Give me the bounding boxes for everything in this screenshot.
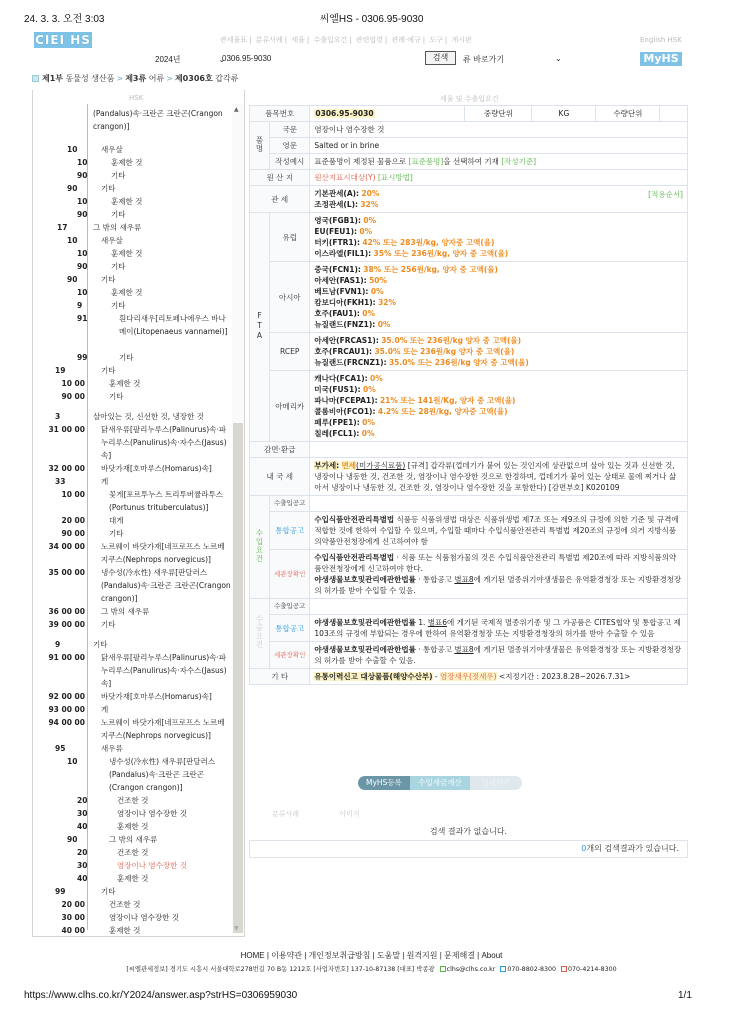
tree-row-code: 9 (55, 639, 60, 652)
tree-row-code: 92 00 00 (48, 691, 85, 704)
fta-rate-item: 페루(FPE1): 0% (314, 417, 683, 428)
fta-region-rcep: RCEP (270, 333, 310, 371)
tree-scrollbar[interactable]: ▲ ▼ (232, 104, 244, 930)
fta-rate-item: 칠레(FCL1): 0% (314, 428, 683, 439)
tree-row-code: 39 00 00 (48, 619, 85, 632)
qty-label: 수량단위 (596, 106, 660, 122)
tree-row-code: 10 00 (62, 378, 86, 391)
fta-rate-item: 중국(FCN1): 38% 또는 256원/kg, 양자 중 고액(율) (314, 264, 683, 275)
detail-table: 품목번호 0306.95-9030 중량단위 KG 수량단위 품명 국문 염장이… (249, 105, 688, 685)
nav-rulings[interactable]: 관례·예규 (392, 36, 421, 44)
tree-row-code: 33 (55, 476, 65, 489)
etc-value: 유통이력신고 대상물품(해양수산부) - 염장새우(젓새우) <지정기간 : 2… (310, 669, 688, 685)
tree-row-label: 기타 (93, 274, 231, 287)
fta-rate-item: 호주(FAU1): 0% (314, 308, 683, 319)
tree-row-label: 기타 (93, 183, 231, 196)
fta-rate-item: 뉴질랜드(FNZ1): 0% (314, 319, 683, 330)
tree-row-label: 훈제한 것 (93, 925, 231, 937)
grid-icon (32, 75, 39, 82)
fta-rate-item: 이스라엘(FIL1): 35% 또는 236원/kg, 양자 중 고액(율) (314, 248, 683, 259)
fax-icon (561, 966, 567, 972)
chapter-jump-value: 류 바로가기 (463, 55, 504, 64)
hs-code-input[interactable]: 0306.95-9030 (222, 54, 271, 63)
import-integrated-label: 통합공고 (270, 512, 310, 550)
tree-row-code: 90 (77, 261, 87, 274)
tree-row-code: 10 00 (62, 489, 86, 502)
tree-row-label: 훈제한 것 (93, 196, 231, 209)
fta-rate-item: 아세안(FRCAS1): 35.0% 또는 236원/kg 양자 중 고액(율) (314, 335, 683, 346)
tree-row-code: 31 00 00 (48, 424, 85, 437)
fta-rate-item: 터키(FTR1): 42% 또는 283원/kg, 양자중 고액(율) (314, 237, 683, 248)
weight-value: KG (532, 106, 596, 122)
tree-row-label: 새우살 (93, 144, 231, 157)
tree-row-code: 40 (77, 873, 87, 886)
import-notice-label: 수출입공고 (270, 496, 310, 512)
hs-row: 품목번호 0306.95-9030 중량단위 KG 수량단위 (250, 106, 688, 122)
tree-row-label: 새우살 (93, 235, 231, 248)
fta-label: FTA (250, 213, 270, 442)
tree-row-label: 그 밖의 새우류 (93, 834, 231, 847)
tree-row-code: 10 (77, 157, 87, 170)
export-notice-value (310, 599, 688, 615)
tree-row-label: 염장이나 염수장한 것 (93, 912, 231, 925)
tree-row-label: 기타 (93, 528, 231, 541)
tree-row-code: 93 00 00 (48, 704, 85, 717)
standard-name-link[interactable]: [표준품명] (409, 157, 444, 166)
search-button[interactable]: 검색 (425, 51, 456, 65)
breadcrumb-heading-name[interactable]: 갑각류 (215, 74, 238, 83)
tree-row-label: 염장이나 염수장한 것 (93, 808, 231, 821)
tree-row-code: 20 00 (62, 899, 86, 912)
tree-row-label: 훈제한 것 (93, 821, 231, 834)
tree-row-label: 그 밖의 새우류 (93, 606, 231, 619)
tree-row-code: 36 00 00 (48, 606, 85, 619)
tree-row-label: 꽃게[포르투누스 트리투버큘라투스(Portunus trituberculat… (93, 489, 231, 515)
hs-value: 0306.95-9030 (314, 109, 374, 118)
tree-row-label: 기타 (93, 391, 231, 404)
lower-tabs: 분류사례 이미지 (272, 809, 398, 819)
breadcrumb-heading[interactable]: 제0306호 (175, 74, 213, 83)
tree-row-label: 훈제한 것 (93, 287, 231, 300)
tree-row-label: 새우류 (93, 743, 231, 756)
tree-row-code: 34 00 00 (48, 541, 85, 554)
tree-row-label: 건조한 것 (93, 847, 231, 860)
fta-rate-item: 파나마(FCEPA1): 21% 또는 141원/Kg, 양자 중 고액(율) (314, 395, 683, 406)
tree-row-code: 90 (77, 170, 87, 183)
footer-tel: 070-8802-8300 (507, 966, 556, 973)
fta-rate-item: 호주(FRCAU1): 35.0% 또는 236원/kg 양자 중 고액(율) (314, 346, 683, 357)
tree-row-label: 기타 (93, 170, 231, 183)
tree-row-label: 노르웨이 바닷가재[네프로프스 노르베지쿠스(Nephrops norvegic… (93, 541, 231, 567)
example-value: 표준품명이 제정된 물품으로 [표준품명]을 선택하여 기재 [작성기준] (310, 154, 688, 170)
qty-value (660, 106, 688, 122)
detail-title: 세율 및 수출입요건 (440, 94, 499, 104)
tree-row-code: 10 (67, 144, 77, 157)
nav-tools[interactable]: 도구 (429, 36, 443, 44)
kor-value: 염장이나 염수장한 것 (310, 122, 688, 138)
tree-row-label: 염장이나 염수장한 것 (93, 860, 231, 873)
writing-guide-link[interactable]: [작성기준] (501, 157, 536, 166)
tree-row-code: 20 00 (62, 515, 86, 528)
footer-address: [씨엘관세정보] 경기도 시흥시 서울대학로278번길 70 B동 1212호 … (0, 964, 743, 973)
tree-row-code: 17 (57, 222, 67, 235)
tree-row-label: 닭새우류[팔리누루스(Palinurus)속·파누리루스(Panulirus)속… (93, 424, 231, 463)
tree-row-code: 19 (55, 365, 65, 378)
tree-row-code: 95 (55, 743, 65, 756)
breadcrumb: 제1부 동물성 생산품>제3류 어류>제0306호 갑각류 (32, 73, 238, 84)
eng-value: Salted or in brine (310, 138, 688, 154)
fta-rate-item: 영국(FGB1): 0% (314, 215, 683, 226)
fta-rates-asia: 중국(FCN1): 38% 또는 256원/kg, 양자 중 고액(율)아세안(… (310, 262, 688, 333)
import-customs-value: 수입식품안전관리특별법 · 식품 또는 식품첨가물의 것은 수입식품안전관리 특… (310, 550, 688, 599)
tree-row-code: 20 (77, 847, 87, 860)
result-count-box: 0개의 검색결과가 있습니다. (249, 840, 688, 858)
tree-row-label: 기타 (93, 352, 231, 365)
tree-row-code: 40 (77, 821, 87, 834)
export-integrated-label: 통합공고 (270, 615, 310, 642)
nav-board[interactable]: 게시판 (452, 36, 472, 44)
fta-region-asia: 아시아 (270, 262, 310, 333)
tree-row-code: 99 (77, 352, 87, 365)
fta-rate-item: 아세안(FAS1): 50% (314, 275, 683, 286)
origin-label: 원 산 지 (250, 170, 310, 186)
hs-label: 품목번호 (250, 106, 310, 122)
action-buttons: MyHS등록 수입세금계산 인쇄하기 (358, 776, 522, 790)
etc-label: 기 타 (250, 669, 310, 685)
tree-row-label: 기타 (93, 261, 231, 274)
myhs-register-button[interactable]: MyHS등록 (358, 776, 410, 790)
tree-row-label: 흰다리새우[리토페나에우스 바나메이(Litopenaeus vannamei)… (93, 313, 231, 339)
tree-row-code: 40 00 (62, 925, 86, 937)
tree-row-label: 기타 (93, 886, 231, 899)
no-result-message: 검색 결과가 없습니다. (249, 826, 688, 837)
fta-rate-item: 뉴질랜드(FRCNZ1): 35.0% 또는 236원/kg 양자 중 고액(율… (314, 357, 683, 368)
tree-row-label: 그 밖의 새우류 (93, 222, 231, 235)
year-select-value: 2024년 (155, 55, 181, 64)
english-hsk-link[interactable]: English HSK (640, 36, 682, 44)
tariff-value: 기본관세(A): 20% 조정관세(L): 32% [적용순서] (310, 186, 688, 213)
fta-rates-europe: 영국(FGB1): 0%EU(FEU1): 0%터키(FTR1): 42% 또는… (310, 213, 688, 262)
tree-row-code: 35 00 00 (48, 567, 85, 580)
origin-value: 원산지표시대상(Y) [표시방법] (310, 170, 688, 186)
print-url: https://www.clhs.co.kr/Y2024/answer.asp?… (24, 990, 297, 1001)
footer-email[interactable]: clhs@clhs.co.kr (447, 966, 496, 973)
tree-row-code: 94 00 00 (48, 717, 85, 730)
tree-row-label: 훈제한 것 (93, 157, 231, 170)
kor-label: 국문 (270, 122, 310, 138)
tree-row-label: 훈제한 것 (93, 378, 231, 391)
vat-reason-link[interactable]: (미가공식료품) (356, 461, 405, 470)
export-integrated-value: 야생생물보호및관리에관한법률 1. 별표6에 게기된 국제적 멸종위기종 및 그… (310, 615, 688, 642)
tree-row-label: 닭새우류[팔리누루스(Palinurus)속·파누리루스(Panulirus)속… (93, 652, 231, 691)
print-page: 1/1 (678, 990, 692, 1001)
fta-rate-item: 캐나다(FCA1): 0% (314, 373, 683, 384)
breadcrumb-chapter-name[interactable]: 어류 (149, 74, 164, 83)
tree-row-code: 32 00 00 (48, 463, 85, 476)
tab-images[interactable]: 이미지 (339, 810, 359, 818)
tree-row-label: 대게 (93, 515, 231, 528)
tree-row-label: 바닷가재[호마루스(Homarus)속] (93, 463, 231, 476)
tree-row-label: 바닷가재[호마루스(Homarus)속] (93, 691, 231, 704)
tree-row-code: 30 (77, 808, 87, 821)
scroll-down-icon[interactable]: ▼ (234, 925, 239, 932)
hsk-tree-panel: HSK (Pandalus)속·크란곤 크란곤(Crangon crangon)… (32, 90, 245, 937)
tree-row-code: 90 (67, 183, 77, 196)
tree-row-code: 10 (77, 248, 87, 261)
tree-row-code: 9 (77, 300, 82, 313)
tree-row-label: 냉수성(冷水性) 새우류[판달러스(Pandalus)속·크란곤 크란곤(Cra… (93, 756, 231, 795)
import-notice-value (310, 496, 688, 512)
domestic-tax-label: 내 국 세 (250, 458, 310, 496)
apply-order-link[interactable]: [적용순서] (648, 189, 683, 200)
breadcrumb-part-name[interactable]: 동물성 생산품 (66, 74, 115, 83)
tree-row-code: 91 00 00 (48, 652, 85, 665)
tree-row-label: 기타 (93, 365, 231, 378)
tree-row-label: 기타 (93, 619, 231, 632)
fta-region-europe: 유럽 (270, 213, 310, 262)
appendix8-link[interactable]: 별표8 (454, 645, 473, 654)
refund-value (310, 442, 688, 458)
fta-rate-item: 캄보디아(FKH1): 32% (314, 297, 683, 308)
print-button[interactable]: 인쇄하기 (470, 776, 522, 790)
tree-header: HSK (129, 94, 143, 102)
import-req-label: 수입요건 (250, 496, 270, 599)
tree-row-code: 10 (67, 756, 77, 769)
chapter-jump-select[interactable]: 류 바로가기 ⌄ (463, 54, 504, 65)
tree-row-label: 훈제한 것 (93, 873, 231, 886)
tree-row-code: 30 00 (62, 912, 86, 925)
arrow-icon: > (117, 74, 124, 83)
fta-rate-item: 콜롬비아(FCO1): 4.2% 또는 28원/kg, 양자중 고액(율) (314, 406, 683, 417)
tree-row-code: 99 (55, 886, 65, 899)
tree-row-code: 90 (77, 209, 87, 222)
name-group-label: 품명 (250, 122, 270, 170)
fta-rates-america: 캐나다(FCA1): 0%미국(FUS1): 0%파나마(FCEPA1): 21… (310, 371, 688, 442)
myhs-logo[interactable]: MyHS (640, 52, 682, 66)
email-icon (440, 966, 446, 972)
nav-tariff[interactable]: 관세율표 (220, 36, 247, 44)
year-select[interactable]: 2024년⌄ (155, 54, 225, 65)
breadcrumb-part[interactable]: 제1부 (42, 74, 63, 83)
site-logo[interactable]: CIEI HS (34, 32, 92, 48)
tree-row-code: 30 (77, 860, 87, 873)
tree-row-label: 게 (93, 476, 231, 489)
chevron-down-icon: ⌄ (555, 54, 562, 63)
top-nav: 관세율표| 분류사례| 세율| 수출입요건| 관련법령| 관례·예규| 도구| … (220, 35, 472, 45)
scrollbar-thumb[interactable] (233, 423, 243, 933)
domestic-tax-value: 부가세: 면세(미가공식료품) [규격] 갑각류(껍데기가 붙어 있는 것인지에… (310, 458, 688, 496)
tree-row-code: 10 (77, 196, 87, 209)
scroll-up-icon[interactable]: ▲ (234, 106, 239, 113)
import-integrated-value: 수입식품안전관리특별법 식품등 식품위생법 대상은 식품위생법 제7조 또는 제… (310, 512, 688, 550)
arrow-icon: > (166, 74, 173, 83)
tree-row-code: 90 00 (62, 391, 86, 404)
footer-links[interactable]: HOME | 이용약관 | 개인정보취급방침 | 도움말 | 원격지원 | 문제… (0, 950, 743, 961)
export-customs-value: 야생생물보호및관리에관한법률 · 통합공고 별표8에 게기된 멸종위기야생생물은… (310, 642, 688, 669)
fta-rate-item: 미국(FUS1): 0% (314, 384, 683, 395)
tree-row-label: 기타 (93, 209, 231, 222)
tree-row-label: (Pandalus)속·크란곤 크란곤(Crangon crangon)] (93, 108, 231, 134)
tariff-label: 관 세 (250, 186, 310, 213)
import-tax-calc-button[interactable]: 수입세금계산 (410, 776, 470, 790)
hs-value-cell: 0306.95-9030 (310, 106, 465, 122)
weight-label: 중량단위 (465, 106, 532, 122)
tree-row-label: 건조한 것 (93, 899, 231, 912)
tree-row-code: 3 (55, 411, 60, 424)
footer-fax: 070-4214-8300 (568, 966, 617, 973)
tree-row-label: 게 (93, 704, 231, 717)
refund-label: 감면·환급 (250, 442, 310, 458)
fta-rates-rcep: 아세안(FRCAS1): 35.0% 또는 236원/kg 양자 중 고액(율)… (310, 333, 688, 371)
nav-rates[interactable]: 세율 (291, 36, 305, 44)
print-title: 씨엘HS - 0306.95-9030 (0, 10, 743, 25)
fta-region-america: 아메리카 (270, 371, 310, 442)
appendix6-link[interactable]: 별표6 (428, 618, 447, 627)
tree-row-code: 91 (77, 313, 87, 326)
nav-requirements[interactable]: 수출입요건 (313, 36, 347, 44)
fta-rate-item: EU(FEU1): 0% (314, 226, 683, 237)
display-method-link[interactable]: [표시방법] (378, 173, 413, 182)
nav-cases[interactable]: 분류사례 (256, 36, 283, 44)
tree-row-label: 냉수성(冷水性) 새우류[판달러스(Pandalus)속·크란곤 크란곤(Cra… (93, 567, 231, 606)
tree-row-code: 10 (67, 235, 77, 248)
breadcrumb-chapter[interactable]: 제3류 (125, 74, 146, 83)
tree-row-code: 20 (77, 795, 87, 808)
phone-icon (500, 966, 506, 972)
tree-row-label: 노르웨이 바닷가재[네프로프스 노르베지쿠스(Nephrops norvegic… (93, 717, 231, 743)
tree-row-label: 건조한 것 (93, 795, 231, 808)
export-req-label: 수출요건 (250, 599, 270, 669)
example-label: 작성예시 (270, 154, 310, 170)
tree-row-label: 훈제한 것 (93, 248, 231, 261)
tree-row-code: 90 (67, 274, 77, 287)
export-notice-label: 수출입공고 (270, 599, 310, 615)
tab-classification-cases[interactable]: 분류사례 (272, 810, 299, 818)
import-customs-label: 세관장확인 (270, 550, 310, 599)
tree-row-code: 90 00 (62, 528, 86, 541)
tree-row-code: 10 (77, 287, 87, 300)
appendix8-link[interactable]: 별표8 (454, 575, 473, 584)
eng-label: 영문 (270, 138, 310, 154)
tree-row-label: 기타 (93, 300, 231, 313)
print-header: 24. 3. 3. 오전 3:03 씨엘HS - 0306.95-9030 (0, 10, 743, 24)
nav-laws[interactable]: 관련법령 (356, 36, 383, 44)
export-customs-label: 세관장확인 (270, 642, 310, 669)
tree-row-label: 기타 (93, 639, 231, 652)
tree-row-label: 살아있는 것, 신선한 것, 냉장한 것 (93, 411, 231, 424)
tree-row-code: 90 (67, 834, 77, 847)
fta-rate-item: 베트남(FVN1): 0% (314, 286, 683, 297)
